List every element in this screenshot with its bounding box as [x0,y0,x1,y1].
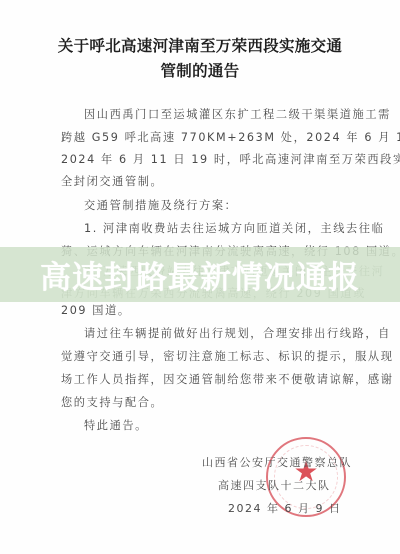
body-line: 觉遵守交通引导，密切注意施工标志、标识的提示，服从现 [61,350,346,364]
body-line: 因山西禹门口至运城灌区东扩工程二级干渠渠道施工需 [84,108,346,122]
signature-org-line-2: 高速四支队十二大队 [218,477,331,493]
body-line: 您的支持与配合。 [61,396,346,410]
body-line: 跨越 G59 呼北高速 770KM+263M 处，2024 年 6 月 11 日… [61,131,346,145]
body-line: 1. 河津南收费站去往运城方向匝道关闭，主线去往临 [84,222,346,236]
document-title-line-2: 管制的通告 [0,59,400,81]
document-title-line-1: 关于呼北高速河津南至万荣西段实施交通 [0,34,400,56]
body-line: 2024 年 6 月 11 日 19 时，呼北高速河津南至万荣西段实行 [61,153,346,167]
signature-date: 2024 年 6 月 9 日 [228,500,341,516]
banner-headline: 高速封路最新情况通报 [40,252,360,297]
body-line: 请过往车辆提前做好出行规划，合理安排出行线路，自 [84,327,346,341]
signature-org-line-1: 山西省公安厅交通警察总队 [202,454,352,470]
body-line: 全封闭交通管制。 [61,175,346,189]
headline-banner: 高速封路最新情况通报 [0,247,400,302]
body-line: 场工作人员指挥，因交通管制给您带来不便敬请谅解，感谢 [61,373,346,387]
body-line: 交通管制措施及绕行方案： [84,199,346,213]
body-line: 209 国道。 [61,304,346,318]
body-line: 特此通告。 [84,419,346,433]
